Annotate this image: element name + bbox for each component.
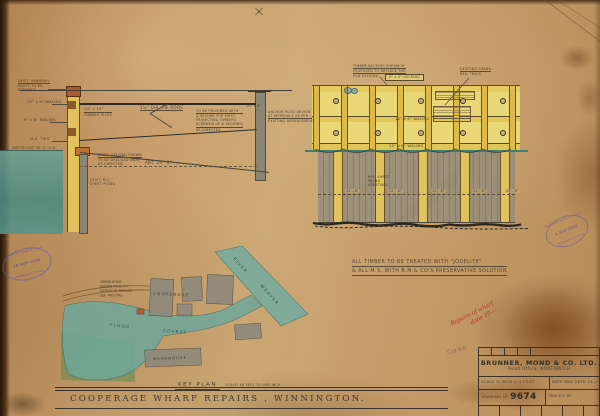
deck-level-line xyxy=(20,90,292,91)
top-edge-shadow xyxy=(0,0,600,5)
drawing-number-label: DRAWING Nº xyxy=(479,395,510,400)
anchor-pile-top-tick xyxy=(248,91,271,92)
waling-label-1: 12" x 6" WALING xyxy=(27,100,62,105)
date-stamp: BRUNNER MOND & CO LD 1 JUN 1929 ENGINEER… xyxy=(541,209,593,253)
stamp-rim-text: ENGINEER'S OFFICE xyxy=(557,234,585,247)
elevation: 12'- 6" 12'- 6" 12'- 6" 12'- 6" 12'- 6" … xyxy=(305,58,530,230)
dim-label: ABT. 24'- 0" xyxy=(145,160,172,165)
elev-waling-label-1: 12" x 6" WALING xyxy=(395,117,430,122)
leader-line xyxy=(150,113,172,128)
repair-site-marker xyxy=(137,309,144,314)
fold-x-mark xyxy=(254,6,264,16)
tie-rod-label: 1½" DIA. TIE RODS xyxy=(140,105,183,111)
stain xyxy=(0,392,46,416)
section-pile-block xyxy=(68,101,76,109)
date-value: DATE MAY 18TH 19— xyxy=(550,377,599,389)
leader-line xyxy=(52,141,67,142)
fixing-note: TO BE PROVIDED WITH & SECURE THE EXIST. … xyxy=(196,109,243,132)
stamp-rim-text: BRUNNER MOND & CO LD xyxy=(6,247,43,259)
sheeting-label: EXIST. M.S. SHEET PILING xyxy=(90,178,115,186)
traced-by-label: TRACED BY xyxy=(546,390,599,405)
decking-label: 9" x 3" DECKING xyxy=(385,74,424,81)
ground-hatch xyxy=(315,226,530,229)
drawing-sheet: EXIST. HANDRAIL POSTS TO BE RENEWED 12" … xyxy=(0,0,600,416)
key-plan: CRANE ROAD SHEWN THUS —— EXTENT OF REPAI… xyxy=(55,246,320,386)
drawing-row: DRAWING Nº 9674 TRACED BY xyxy=(479,389,599,405)
building xyxy=(235,323,262,340)
keyplan-note-line: SEE THIS DRG. xyxy=(100,294,124,298)
ties-label: M.S. TIES xyxy=(30,137,49,142)
datum-label: DATUM LINE 98'-0" O.D. xyxy=(12,146,57,150)
stamp-date: 18 NOV 1929 xyxy=(13,259,41,269)
title-bar-inner-rule xyxy=(55,390,448,391)
building xyxy=(177,304,192,315)
keyplan-note-line: SHEWN THUS —— xyxy=(100,285,130,289)
leader-line xyxy=(48,89,67,90)
keyplan-note-line: EXTENT OF REPAIRS xyxy=(100,289,132,293)
stamp-rim-text: ENGINEER'S OFFICE xyxy=(15,271,44,281)
section-water-area xyxy=(0,150,63,234)
waling-label-2: 9" x 6" WALING xyxy=(24,118,56,123)
pencil-note: Cat 4/6 xyxy=(446,345,466,356)
building xyxy=(149,278,174,316)
sheet-title: COOPERAGE WHARF REPAIRS , WINNINGTON. xyxy=(70,394,366,405)
anchor-size-label: 18" x 8" xyxy=(246,104,261,108)
keyplan-note-line: CRANE ROAD xyxy=(100,280,122,284)
section-pile-cap xyxy=(66,86,81,97)
section-pile-block xyxy=(68,128,76,136)
festoon-chain xyxy=(315,149,511,153)
piling-note: M.S. SHEET PILING (EXISTING) xyxy=(368,175,389,187)
company-row: BRUNNER, MOND & CO. LTD. Head Office: NO… xyxy=(479,355,599,376)
title-block-top-row xyxy=(479,348,599,355)
ground-note: EXIST. GROUND SHEWN TO BE DREDGED AWAY A… xyxy=(98,153,142,166)
scale-value: SCALE ½ INCH = 1 FOOT xyxy=(479,377,550,389)
treatment-note: ALL TIMBER TO BE TREATED WITH "JODELITE"… xyxy=(352,260,507,276)
elev-waling-label-2: 12" x 6" WALING xyxy=(389,144,424,149)
head-office: Head Office: NORTHWICH xyxy=(508,367,571,373)
title-block-bottom-row xyxy=(479,405,599,416)
building xyxy=(182,277,203,302)
scale-date-row: SCALE ½ INCH = 1 FOOT DATE MAY 18TH 19— xyxy=(479,376,599,389)
title-bar: COOPERAGE WHARF REPAIRS , WINNINGTON. xyxy=(55,387,448,409)
note-leader xyxy=(445,78,469,105)
drawing-number: 9674 xyxy=(510,392,536,404)
pile-size-label: 14" x 14" TIMBER PILES xyxy=(84,107,112,117)
ground-line xyxy=(313,223,521,227)
crane-note: EXISTING CRANE RAIL TRACK xyxy=(460,67,491,76)
building xyxy=(206,275,233,305)
handrail-note: EXIST. HANDRAIL POSTS TO BE RENEWED xyxy=(18,79,50,92)
title-block: BRUNNER, MOND & CO. LTD. Head Office: NO… xyxy=(478,347,600,416)
